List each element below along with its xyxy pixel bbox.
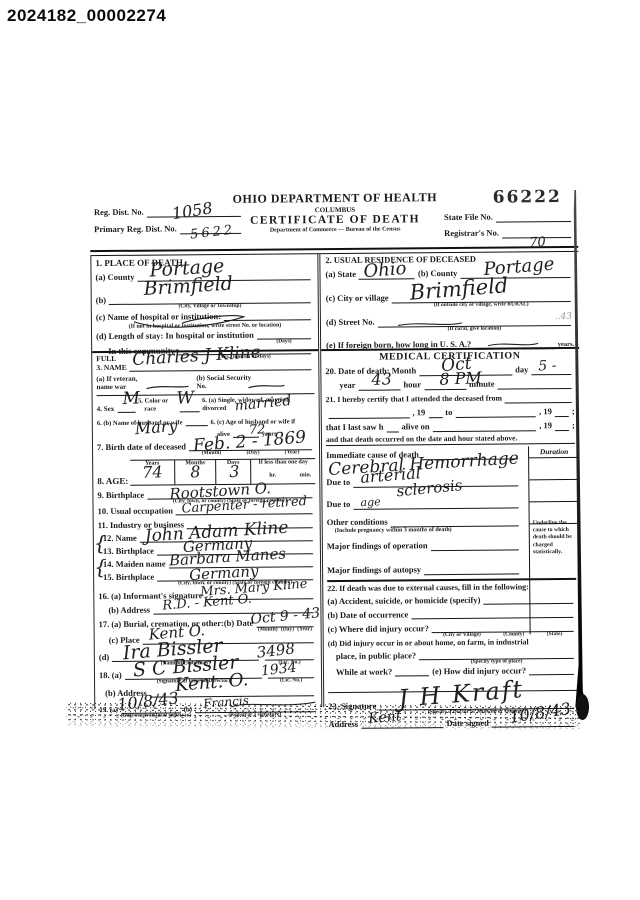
operation-line — [431, 541, 519, 552]
color-label2: race — [144, 405, 176, 413]
res-street-faint: ..43 — [555, 312, 573, 322]
foreign-dash — [486, 339, 540, 349]
occupation-label: 10. Usual occupation — [98, 506, 173, 516]
certify-blank2 — [329, 408, 410, 419]
pod-city-hint: (City, Village or Township) — [109, 303, 311, 311]
certify-19a: , 19 — [412, 408, 425, 418]
ext-a-line — [483, 594, 573, 605]
scan-noise-band — [66, 702, 580, 732]
ext-c-hint-city: (City or Village) — [443, 632, 481, 638]
ext-work-line — [395, 667, 429, 677]
mother-name-label: 14. Maiden name — [103, 559, 166, 569]
ext-work-label: While at work? — [336, 667, 392, 677]
registrar-no-value: 70 — [529, 236, 546, 250]
informant-address-label: (b) Address — [108, 605, 150, 615]
certify-semi1: ; — [572, 407, 575, 417]
reg-dist-value: 1058 — [171, 200, 214, 222]
ext-e-line — [529, 665, 574, 675]
age-years-value: 74 — [142, 464, 163, 481]
father-birthplace-label: 13. Birthplace — [103, 546, 154, 556]
ext-c-line: (City or Village)(County)(State) — [432, 622, 574, 633]
res-state-label: (a) State — [325, 270, 356, 280]
ext-d-line: (Specify type of place) — [419, 649, 574, 660]
sex-label: 4. Sex — [97, 405, 115, 413]
certify-h-line — [386, 422, 398, 432]
certify-blank1 — [505, 392, 572, 403]
other-conditions-line — [391, 517, 519, 528]
director-lic-hint: (Lic. No.) — [268, 677, 314, 683]
certify-alive: alive on — [401, 422, 429, 432]
state-file-line — [496, 212, 571, 223]
embalmer-prefix: (d) — [99, 653, 109, 663]
pod-city-prefix: (b) — [96, 296, 106, 306]
duration-header: Duration — [529, 446, 579, 458]
burial-hint-month: (Month) — [258, 627, 278, 633]
primary-reg-label: Primary Reg. Dist. No. — [94, 225, 177, 235]
certify-19c: , 19 — [539, 421, 552, 431]
autopsy-label: Major findings of autopsy — [327, 566, 421, 577]
certify-blank3 — [455, 407, 536, 418]
duration-column: Duration Underline the cause to which de… — [528, 446, 581, 634]
bd-hint-year: (Year) — [285, 450, 300, 456]
director-lic-value: 1934 — [260, 661, 297, 679]
certificate-header: Reg. Dist. No. Primary Reg. Dist. No. 10… — [90, 184, 579, 250]
reg-dist-label: Reg. Dist. No. — [94, 208, 144, 218]
res-state-value: Ohio — [363, 260, 407, 281]
certify-19c-line — [555, 420, 569, 430]
residence-section: 2. USUAL RESIDENCE OF DECEASED (a) State… — [320, 252, 579, 351]
due-to-2-value: age — [360, 496, 381, 508]
operation-label: Major findings of operation — [327, 542, 428, 553]
burial-hint-day: (Day) — [281, 627, 294, 633]
director-prefix: 18. (a) — [99, 670, 122, 680]
ext-d-label: (d) Did injury occur in or about home, o… — [328, 638, 577, 649]
hospital-flourish — [132, 313, 252, 330]
res-foreign-suffix: years. — [558, 341, 575, 349]
certify-19a-line — [428, 408, 442, 418]
mother-birthplace-label: 15. Birthplace — [103, 572, 154, 582]
due-to-1b-value: sclerosis — [396, 478, 463, 499]
certify-19b: , 19 — [539, 407, 552, 417]
father-name-label: 12. Name — [103, 533, 137, 543]
age-months-value: 8 — [190, 464, 201, 480]
dod-year-label: year — [339, 381, 355, 391]
age-days-value: 3 — [229, 464, 240, 480]
name-label: 3. NAME — [96, 363, 126, 372]
due-to-2-label: Due to — [326, 500, 350, 510]
color-value: W — [176, 390, 194, 408]
certify-end: and that death occurred on the date and … — [326, 434, 518, 444]
ext-a-label: (a) Accident, suicide, or homicide (spec… — [327, 595, 480, 606]
dod-minute-line — [497, 378, 571, 389]
ext-d-label2: place, in public place? — [336, 651, 416, 661]
res-city-label: (c) City or village — [326, 294, 389, 304]
burial-hint-year: (Year) — [297, 626, 312, 632]
right-column: 2. USUAL RESIDENCE OF DECEASED (a) State… — [320, 252, 582, 707]
duration-line — [529, 480, 579, 502]
res-street-label: (d) Street No. — [326, 318, 375, 328]
place-of-death-section: 1. PLACE OF DEATH (a) County Portage (b)… — [91, 254, 318, 353]
dod-hour-label: hour — [403, 380, 421, 390]
certify-semi2: ; — [572, 421, 575, 431]
certify-blank4 — [433, 421, 537, 432]
autopsy-line — [424, 565, 519, 576]
ext-c-hint-state: (State) — [547, 631, 563, 637]
pod-stay-line: (Days) — [257, 330, 311, 340]
age-label: 8. AGE: — [97, 476, 128, 487]
state-file-label: State File No. — [444, 213, 493, 223]
dod-year-value: 43 — [371, 371, 392, 388]
other-conditions-label: Other conditions — [327, 518, 388, 528]
certify-line1: 21. I hereby certify that I attended the… — [326, 394, 502, 404]
certify-19b-line — [555, 406, 569, 416]
personal-section: FULL 3. NAME Charles J Kline (a) If vete… — [92, 351, 321, 714]
dod-hour-value: 8 PM — [439, 369, 482, 387]
spouse-line — [185, 416, 207, 426]
stamp-number: 66222 — [493, 188, 562, 208]
duration-line — [529, 458, 579, 480]
medical-section: MEDICAL CERTIFICATION 20. Date of death:… — [321, 349, 582, 730]
death-certificate-sheet: Reg. Dist. No. Primary Reg. Dist. No. 10… — [90, 184, 583, 706]
street-dash — [396, 319, 466, 330]
sex-value: M — [122, 391, 140, 409]
certify-to: to — [445, 408, 452, 418]
scan-file-label: 2024182_00002274 — [7, 6, 166, 26]
age-min-label: min. — [300, 472, 312, 478]
certify-saw: that I last saw h — [326, 422, 384, 432]
birthplace-label: 9. Birthplace — [97, 490, 144, 500]
registrar-no-label: Registrar's No. — [444, 229, 499, 239]
pod-stay-label: (d) Length of stay: In hospital or insti… — [96, 330, 254, 341]
birthdate-label: 7. Birth date of deceased — [97, 442, 186, 453]
ext-c-hint-county: (County) — [503, 632, 524, 638]
external-causes-block: 22. If death was due to external causes,… — [327, 578, 577, 693]
underline-note: Underline the cause to which death shoul… — [533, 520, 579, 557]
ext-c-label: (c) Where did injury occur? — [328, 624, 429, 635]
due-to-1-label: Due to — [326, 478, 350, 488]
bureau-subtitle: Department of Commerce — Bureau of the C… — [210, 226, 460, 234]
dept-title: OHIO DEPARTMENT OF HEALTH — [210, 191, 460, 207]
ss-dash — [246, 383, 286, 391]
ext-b-label: (b) Date of occurrence — [327, 610, 408, 620]
pod-county-label: (a) County — [95, 272, 134, 282]
ext-b-line — [411, 608, 573, 619]
dod-day-value: 5 - — [538, 358, 557, 373]
age-less-header: If less than one day — [251, 459, 315, 466]
burial-date-label: (b) Date — [224, 618, 254, 628]
dod-day-label: day — [515, 365, 528, 375]
left-column: 1. PLACE OF DEATH (a) County Portage (b)… — [91, 254, 324, 709]
pod-city-value: Brimfield — [143, 275, 233, 299]
